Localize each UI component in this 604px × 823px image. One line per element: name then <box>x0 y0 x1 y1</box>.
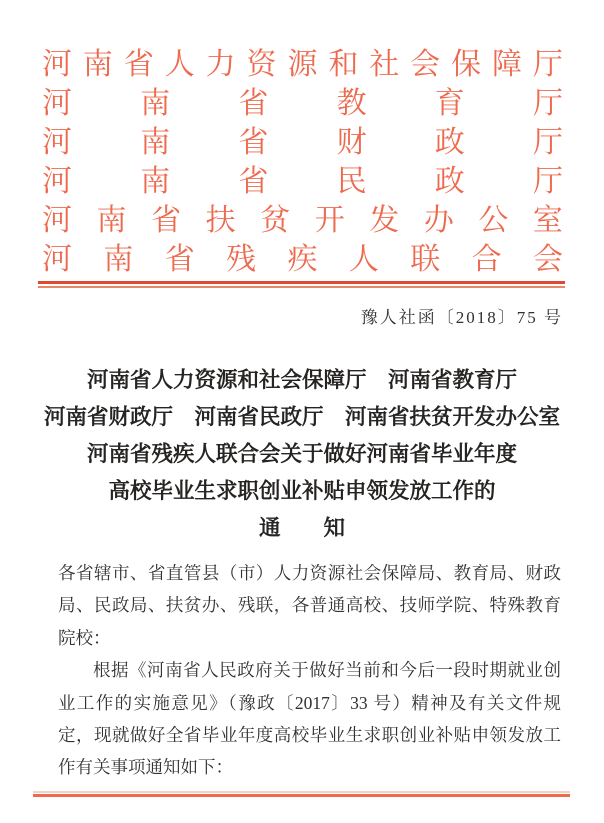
recipients-paragraph: 各省辖市、省直管县（市）人力资源社会保障局、教育局、财政局、民政局、扶贫办、残联… <box>58 557 561 654</box>
title-line-3: 河南省残疾人联合会关于做好河南省毕业年度 <box>0 436 604 473</box>
letterhead-line-disabled-federation: 河南省残疾人联合会 <box>42 240 563 279</box>
letterhead: 河南省人力资源和社会保障厅 河南省教育厅 河南省财政厅 河南省民政厅 河南省扶贫… <box>42 45 563 279</box>
page-bottom-rule <box>33 791 570 797</box>
letterhead-line-civil-affairs: 河南省民政厅 <box>42 162 563 201</box>
bottom-rule-pale-line <box>33 791 570 793</box>
letterhead-line-education: 河南省教育厅 <box>42 84 563 123</box>
document-page: 河南省人力资源和社会保障厅 河南省教育厅 河南省财政厅 河南省民政厅 河南省扶贫… <box>0 0 604 823</box>
divider-thick-line <box>38 281 565 284</box>
bottom-rule-solid-line <box>33 794 570 797</box>
divider-thin-line <box>38 286 565 288</box>
document-title: 河南省人力资源和社会保障厅 河南省教育厅 河南省财政厅 河南省民政厅 河南省扶贫… <box>0 362 604 547</box>
document-body: 各省辖市、省直管县（市）人力资源社会保障局、教育局、财政局、民政局、扶贫办、残联… <box>58 557 561 784</box>
intro-paragraph: 根据《河南省人民政府关于做好当前和今后一段时期就业创业工作的实施意见》（豫政〔2… <box>58 654 561 784</box>
letterhead-line-hrss: 河南省人力资源和社会保障厅 <box>42 45 563 84</box>
letterhead-line-poverty-alleviation: 河南省扶贫开发办公室 <box>42 201 563 240</box>
title-line-2: 河南省财政厅 河南省民政厅 河南省扶贫开发办公室 <box>0 399 604 436</box>
document-number: 豫人社函〔2018〕75 号 <box>361 303 563 328</box>
letterhead-divider <box>38 281 565 288</box>
title-line-notice: 通 知 <box>0 510 604 547</box>
letterhead-line-finance: 河南省财政厅 <box>42 123 563 162</box>
title-line-4: 高校毕业生求职创业补贴申领发放工作的 <box>0 473 604 510</box>
title-line-1: 河南省人力资源和社会保障厅 河南省教育厅 <box>0 362 604 399</box>
